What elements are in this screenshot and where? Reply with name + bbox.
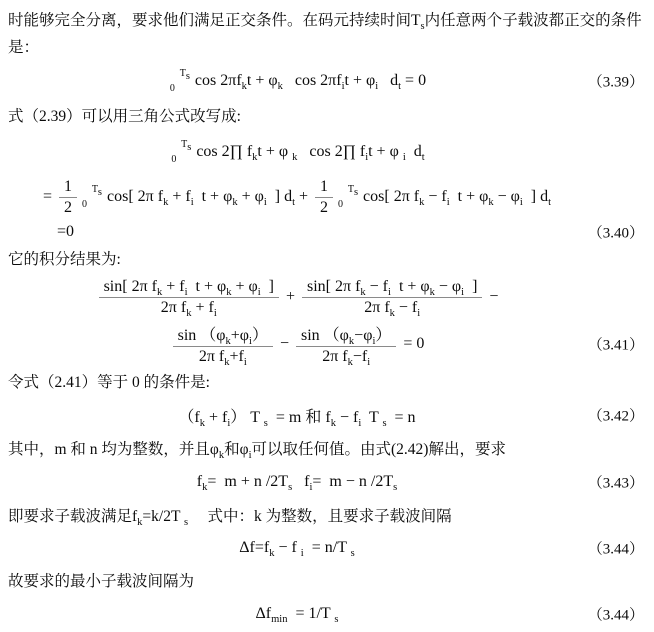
paragraph-zero-condition: 令式（2.41）等于 0 的条件是: [0, 367, 654, 396]
equation-number-3-39: （3.39） [588, 71, 644, 92]
equation-3-42: （fk + fi） T s = m 和 fk − fi T s = n （3.4… [0, 396, 654, 434]
equation-3-44-spacing: Δf=fk − f i = n/T s （3.44） [0, 530, 654, 566]
paragraph-integral-result: 它的积分结果为: [0, 244, 654, 273]
equation-3-40-line2-body: = 12Ts0cos[ 2π fk + fi t + φk + φi ] dt … [43, 178, 551, 217]
equation-3-41-line2-body: sin （φk+φi）2π fk+fi − sin （φk−φi）2π fk−f… [170, 322, 425, 366]
equation-number-3-40: （3.40） [588, 222, 644, 243]
paragraph-rewrite-trig: 式（2.39）可以用三角公式改写成: [0, 101, 654, 130]
paragraph-orthogonality-condition: 时能够完全分离，要求他们满足正交条件。在码元持续时间Ts内任意两个子载波都正交的… [0, 5, 654, 61]
equation-3-41-line1-body: sin[ 2π fk + fi t + φk + φi ]2π fk + fi … [96, 278, 499, 317]
equation-3-42-body: （fk + fi） T s = m 和 fk − fi T s = n [178, 404, 415, 427]
paragraph-subcarrier-requirement: 即要求子载波满足fk=k/2T s 式中：k 为整数，且要求子载波间隔 [0, 501, 654, 530]
equation-number-3-41: （3.41） [588, 334, 644, 355]
equation-3-43-body: fk= m + n /2Ts fi= m − n /2Ts [197, 473, 397, 491]
equation-3-41-line2: sin （φk+φi）2π fk+fi − sin （φk−φi）2π fk−f… [0, 321, 654, 367]
equation-3-41: sin[ 2π fk + fi t + φk + φi ]2π fk + fi … [0, 273, 654, 367]
equation-3-44-minimum: Δfmin = 1/T s （3.44） [0, 595, 654, 632]
equation-number-3-44b: （3.44） [588, 604, 644, 625]
equation-3-40-line1-body: Ts0cos 2∏ fkt + φ k cos 2∏ fit + φ i dt [169, 137, 424, 167]
equation-3-39: Ts0cos 2πfkt + φk cos 2πfit + φi dt = 0 … [0, 61, 654, 101]
equation-3-40-line3-body: =0 [57, 223, 74, 241]
equation-3-39-body: Ts0cos 2πfkt + φk cos 2πfit + φi dt = 0 [168, 66, 426, 96]
paragraph-minimum-spacing: 故要求的最小子载波间隔为 [0, 566, 654, 595]
paragraph-m-n-integers: 其中，m 和 n 均为整数，并且φk和φi可以取任何值。由式(2.42)解出，要… [0, 434, 654, 463]
document-page: 时能够完全分离，要求他们满足正交条件。在码元持续时间Ts内任意两个子载波都正交的… [0, 0, 654, 632]
equation-number-3-44a: （3.44） [588, 538, 644, 559]
equation-number-3-42: （3.42） [588, 405, 644, 426]
equation-3-40-line1: Ts0cos 2∏ fkt + φ k cos 2∏ fit + φ i dt [0, 130, 654, 174]
equation-3-41-line1: sin[ 2π fk + fi t + φk + φi ]2π fk + fi … [0, 273, 654, 321]
equation-3-40: Ts0cos 2∏ fkt + φ k cos 2∏ fit + φ i dt … [0, 130, 654, 244]
equation-3-40-line3: =0 （3.40） [0, 220, 654, 244]
equation-3-44-spacing-body: Δf=fk − f i = n/T s [239, 539, 355, 557]
equation-3-44-minimum-body: Δfmin = 1/T s [255, 605, 338, 623]
equation-3-40-line2: = 12Ts0cos[ 2π fk + fi t + φk + φi ] dt … [0, 174, 654, 220]
equation-3-43: fk= m + n /2Ts fi= m − n /2Ts （3.43） [0, 463, 654, 501]
equation-number-3-43: （3.43） [588, 472, 644, 493]
